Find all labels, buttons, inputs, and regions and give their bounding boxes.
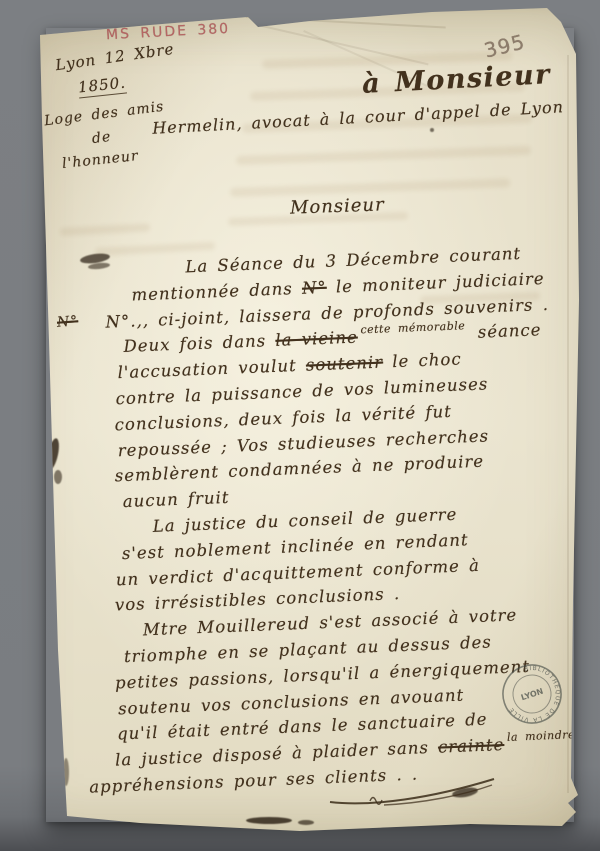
body-text: séance bbox=[468, 321, 542, 343]
struck-text: la vieine bbox=[275, 328, 358, 350]
salutation: Monsieur bbox=[290, 194, 385, 218]
struck-text: soutenir bbox=[306, 353, 384, 375]
ink-smudge bbox=[298, 820, 314, 825]
ink-smudge bbox=[246, 817, 292, 824]
body-text: aucun fruit bbox=[122, 488, 229, 511]
scanned-letter-page: { "page": { "folio_number": "395", "shel… bbox=[0, 0, 600, 851]
letter-paper: MS RUDE 380 395 Lyon 12 Xbre 1850. Loge … bbox=[0, 0, 600, 851]
stamp-center-text: LYON bbox=[520, 687, 545, 703]
dateline-year: 1850. bbox=[77, 74, 127, 97]
interline-insertion: cette mémorable bbox=[360, 320, 465, 337]
ink-dot bbox=[430, 128, 434, 132]
margin-number-marker: N° bbox=[56, 313, 78, 330]
margin-note-line: de bbox=[91, 129, 112, 147]
body-text: Deux fois dans bbox=[123, 331, 276, 356]
paraphe-flourish-icon bbox=[322, 772, 502, 812]
ink-blot bbox=[54, 470, 62, 484]
body-text: mentionnée dans bbox=[131, 279, 302, 305]
body-text: le choc bbox=[383, 350, 462, 372]
struck-text: crainte bbox=[438, 735, 505, 757]
struck-text: N° bbox=[302, 278, 327, 298]
body-text: l'accusation voulut bbox=[117, 356, 306, 383]
